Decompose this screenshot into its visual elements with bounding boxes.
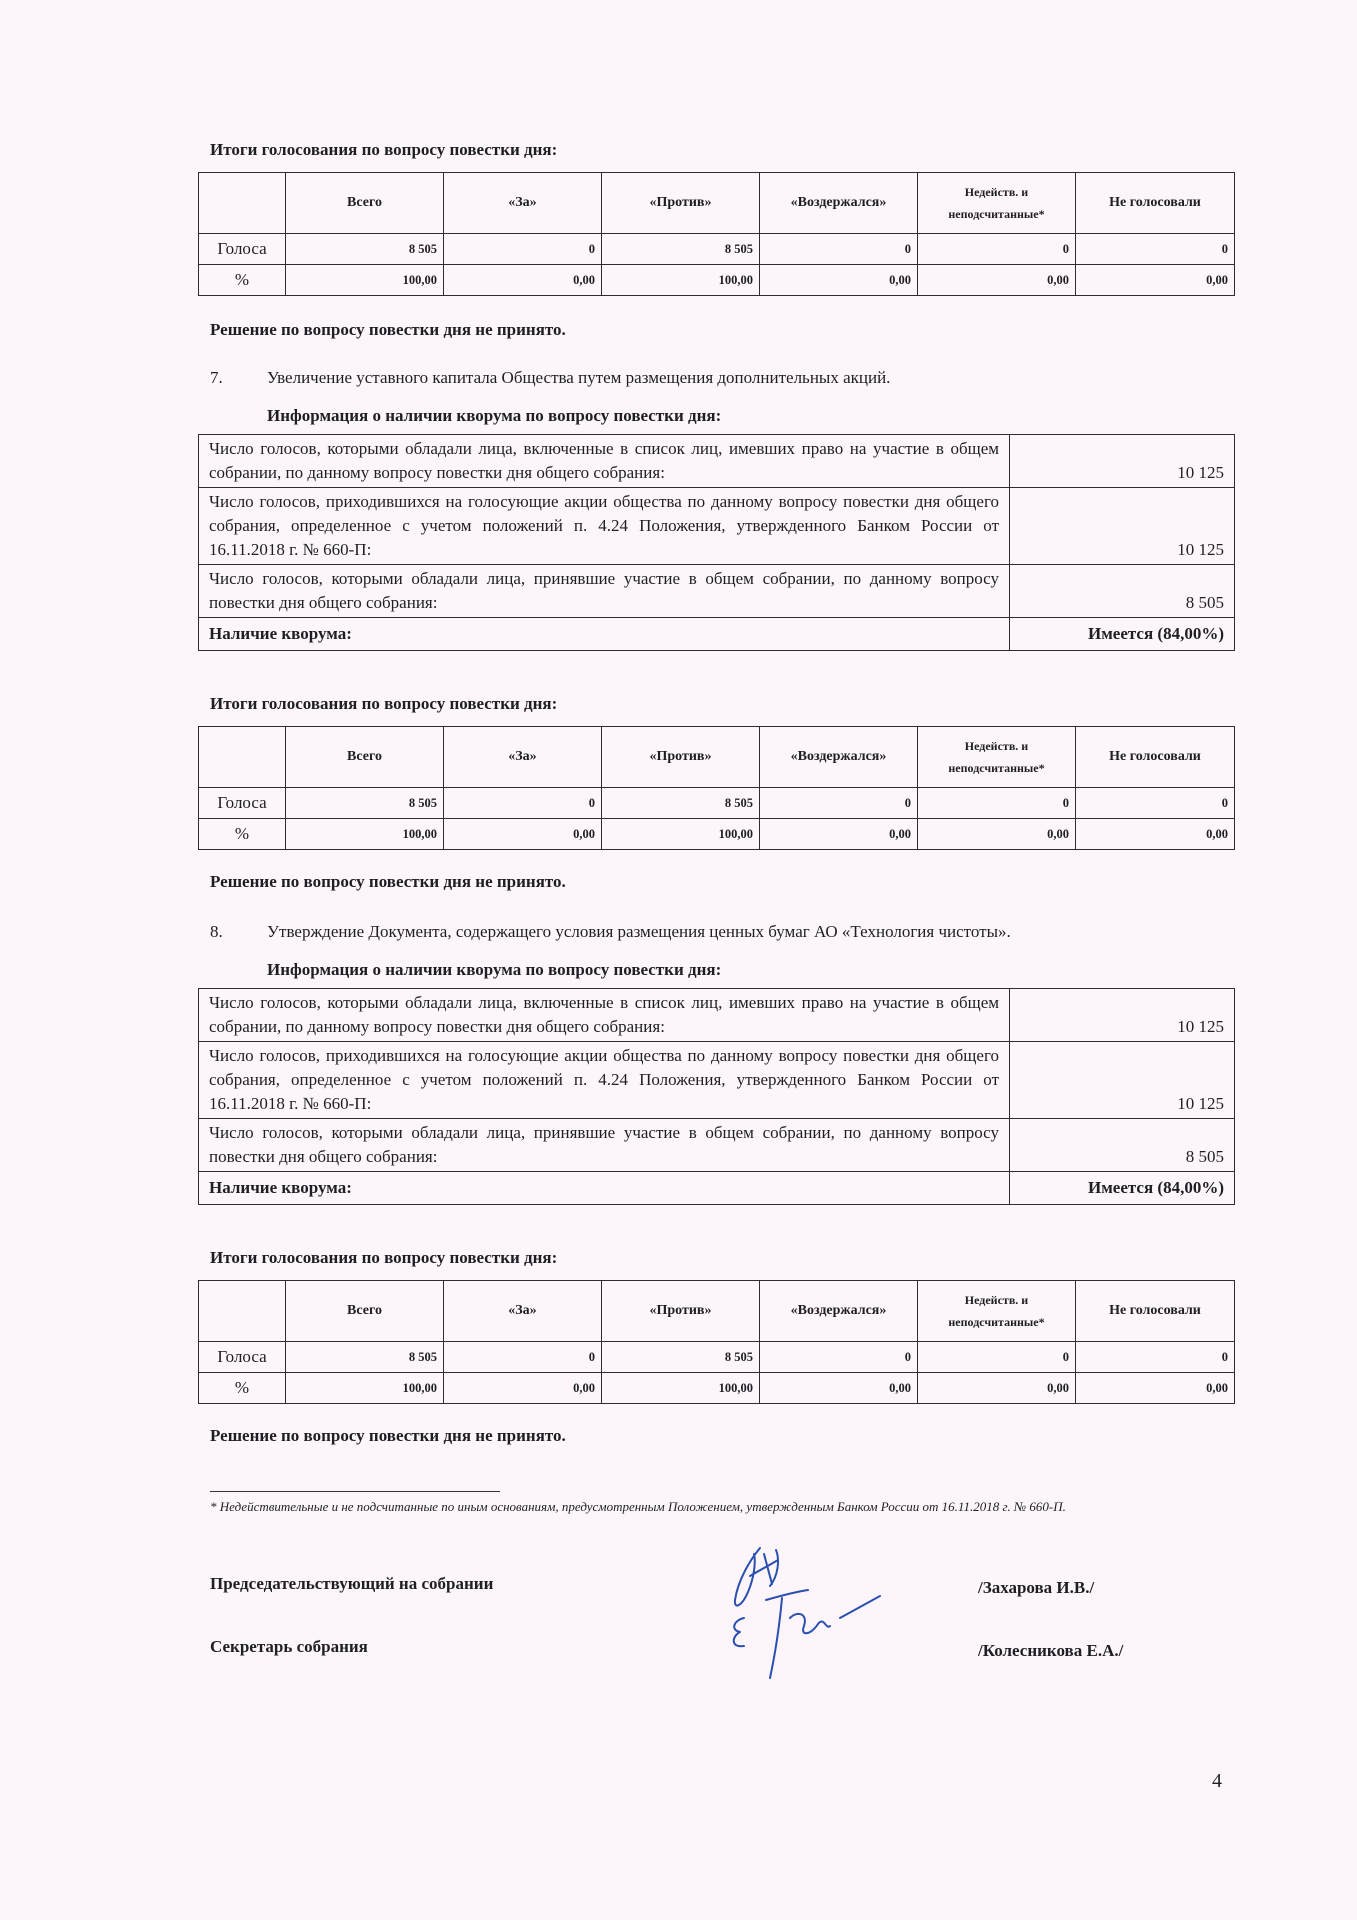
quorum-total-value: Имеется (84,00%) <box>1010 618 1235 651</box>
table-row: Число голосов, которыми обладали лица, в… <box>199 435 1235 488</box>
row-label-percent: % <box>199 1373 286 1404</box>
cell-votes-not-voted: 0 <box>1076 234 1235 265</box>
footnote-divider <box>210 1491 500 1492</box>
quorum-row-text: Число голосов, которыми обладали лица, в… <box>199 989 1010 1042</box>
header-abstain: «Воздержался» <box>760 727 918 788</box>
row-label-votes: Голоса <box>199 788 286 819</box>
cell-votes-against: 8 505 <box>602 234 760 265</box>
table-row: Число голосов, которыми обладали лица, п… <box>199 565 1235 618</box>
cell-votes-not-voted: 0 <box>1076 788 1235 819</box>
chair-label: Председательствующий на собрании <box>210 1574 493 1594</box>
cell-percent-abstain: 0,00 <box>760 1373 918 1404</box>
vote-results-table: Всего «За» «Против» «Воздержался» Недейс… <box>198 726 1235 850</box>
cell-percent-against: 100,00 <box>602 1373 760 1404</box>
row-label-votes: Голоса <box>199 1342 286 1373</box>
header-against: «Против» <box>602 727 760 788</box>
cell-votes-for: 0 <box>444 1342 602 1373</box>
cell-percent-invalid: 0,00 <box>918 819 1076 850</box>
header-against: «Против» <box>602 1281 760 1342</box>
cell-votes-invalid: 0 <box>918 1342 1076 1373</box>
quorum-total-label: Наличие кворума: <box>199 618 1010 651</box>
header-invalid: Недейств. инеподсчитанные* <box>918 173 1076 234</box>
table-header-row: Всего «За» «Против» «Воздержался» Недейс… <box>199 727 1235 788</box>
table-row: Число голосов, приходившихся на голосующ… <box>199 488 1235 565</box>
cell-votes-total: 8 505 <box>286 788 444 819</box>
footnote: * Недействительные и не подсчитанные по … <box>210 1497 1230 1517</box>
cell-votes-total: 8 505 <box>286 1342 444 1373</box>
quorum-row-value: 8 505 <box>1010 1119 1235 1172</box>
table-row: Голоса 8 505 0 8 505 0 0 0 <box>199 788 1235 819</box>
decision-text: Решение по вопросу повестки дня не приня… <box>210 320 566 340</box>
header-invalid-line1: Недейств. и <box>924 181 1069 203</box>
secretary-label: Секретарь собрания <box>210 1637 368 1657</box>
header-invalid: Недейств. инеподсчитанные* <box>918 727 1076 788</box>
header-blank <box>199 173 286 234</box>
header-not-voted: Не голосовали <box>1076 173 1235 234</box>
quorum-table: Число голосов, которыми обладали лица, в… <box>198 988 1235 1205</box>
quorum-row-text: Число голосов, которыми обладали лица, п… <box>199 1119 1010 1172</box>
header-against: «Против» <box>602 173 760 234</box>
cell-percent-against: 100,00 <box>602 819 760 850</box>
cell-percent-for: 0,00 <box>444 1373 602 1404</box>
item-number: 7. <box>210 368 223 388</box>
header-blank <box>199 727 286 788</box>
vote-results-heading: Итоги голосования по вопросу повестки дн… <box>210 140 557 160</box>
table-row: Голоса 8 505 0 8 505 0 0 0 <box>199 1342 1235 1373</box>
header-blank <box>199 1281 286 1342</box>
vote-results-heading: Итоги голосования по вопросу повестки дн… <box>210 1248 557 1268</box>
vote-results-heading: Итоги голосования по вопросу повестки дн… <box>210 694 557 714</box>
quorum-row-text: Число голосов, приходившихся на голосующ… <box>199 488 1010 565</box>
decision-text: Решение по вопросу повестки дня не приня… <box>210 872 566 892</box>
header-abstain: «Воздержался» <box>760 173 918 234</box>
item-title: Утверждение Документа, содержащего услов… <box>267 922 1011 942</box>
cell-percent-invalid: 0,00 <box>918 1373 1076 1404</box>
secretary-name: /Колесникова Е.А./ <box>978 1641 1123 1661</box>
header-for: «За» <box>444 173 602 234</box>
quorum-total-label: Наличие кворума: <box>199 1172 1010 1205</box>
cell-percent-not-voted: 0,00 <box>1076 1373 1235 1404</box>
row-label-percent: % <box>199 265 286 296</box>
cell-percent-total: 100,00 <box>286 819 444 850</box>
cell-votes-abstain: 0 <box>760 1342 918 1373</box>
header-total: Всего <box>286 173 444 234</box>
quorum-total-value: Имеется (84,00%) <box>1010 1172 1235 1205</box>
table-row: Голоса 8 505 0 8 505 0 0 0 <box>199 234 1235 265</box>
cell-votes-against: 8 505 <box>602 1342 760 1373</box>
row-label-votes: Голоса <box>199 234 286 265</box>
header-for: «За» <box>444 1281 602 1342</box>
table-header-row: Всего «За» «Против» «Воздержался» Недейс… <box>199 1281 1235 1342</box>
header-invalid-line1: Недейств. и <box>924 1289 1069 1311</box>
quorum-row-value: 8 505 <box>1010 565 1235 618</box>
cell-percent-abstain: 0,00 <box>760 265 918 296</box>
cell-votes-abstain: 0 <box>760 788 918 819</box>
quorum-heading: Информация о наличии кворума по вопросу … <box>267 960 721 980</box>
quorum-heading: Информация о наличии кворума по вопросу … <box>267 406 721 426</box>
quorum-table: Число голосов, которыми обладали лица, в… <box>198 434 1235 651</box>
header-for: «За» <box>444 727 602 788</box>
table-row: % 100,00 0,00 100,00 0,00 0,00 0,00 <box>199 819 1235 850</box>
item-number: 8. <box>210 922 223 942</box>
quorum-row-value: 10 125 <box>1010 989 1235 1042</box>
table-row: Число голосов, которыми обладали лица, в… <box>199 989 1235 1042</box>
header-not-voted: Не голосовали <box>1076 1281 1235 1342</box>
table-row: % 100,00 0,00 100,00 0,00 0,00 0,00 <box>199 265 1235 296</box>
quorum-row-text: Число голосов, приходившихся на голосующ… <box>199 1042 1010 1119</box>
cell-percent-abstain: 0,00 <box>760 819 918 850</box>
quorum-row-text: Число голосов, которыми обладали лица, в… <box>199 435 1010 488</box>
cell-percent-for: 0,00 <box>444 265 602 296</box>
header-total: Всего <box>286 727 444 788</box>
quorum-row-value: 10 125 <box>1010 1042 1235 1119</box>
table-header-row: Всего «За» «Против» «Воздержался» Недейс… <box>199 173 1235 234</box>
cell-percent-against: 100,00 <box>602 265 760 296</box>
header-total: Всего <box>286 1281 444 1342</box>
cell-votes-invalid: 0 <box>918 788 1076 819</box>
cell-percent-invalid: 0,00 <box>918 265 1076 296</box>
chair-name: /Захарова И.В./ <box>978 1578 1094 1598</box>
quorum-row-value: 10 125 <box>1010 488 1235 565</box>
header-invalid-line2: неподсчитанные* <box>924 203 1069 225</box>
page-number: 4 <box>1212 1770 1222 1793</box>
document-page: Итоги голосования по вопросу повестки дн… <box>0 0 1357 1920</box>
cell-votes-for: 0 <box>444 234 602 265</box>
cell-percent-not-voted: 0,00 <box>1076 819 1235 850</box>
header-invalid-line2: неподсчитанные* <box>924 757 1069 779</box>
table-row: Число голосов, приходившихся на голосующ… <box>199 1042 1235 1119</box>
quorum-total-row: Наличие кворума: Имеется (84,00%) <box>199 618 1235 651</box>
handwritten-signature-icon <box>720 1540 950 1680</box>
cell-percent-total: 100,00 <box>286 1373 444 1404</box>
cell-votes-abstain: 0 <box>760 234 918 265</box>
cell-votes-invalid: 0 <box>918 234 1076 265</box>
cell-votes-not-voted: 0 <box>1076 1342 1235 1373</box>
vote-results-table: Всего «За» «Против» «Воздержался» Недейс… <box>198 1280 1235 1404</box>
vote-results-table: Всего «За» «Против» «Воздержался» Недейс… <box>198 172 1235 296</box>
header-abstain: «Воздержался» <box>760 1281 918 1342</box>
cell-votes-against: 8 505 <box>602 788 760 819</box>
cell-votes-total: 8 505 <box>286 234 444 265</box>
cell-votes-for: 0 <box>444 788 602 819</box>
cell-percent-not-voted: 0,00 <box>1076 265 1235 296</box>
item-title: Увеличение уставного капитала Общества п… <box>267 368 890 388</box>
table-row: Число голосов, которыми обладали лица, п… <box>199 1119 1235 1172</box>
table-row: % 100,00 0,00 100,00 0,00 0,00 0,00 <box>199 1373 1235 1404</box>
cell-percent-for: 0,00 <box>444 819 602 850</box>
quorum-row-text: Число голосов, которыми обладали лица, п… <box>199 565 1010 618</box>
header-invalid-line1: Недейств. и <box>924 735 1069 757</box>
cell-percent-total: 100,00 <box>286 265 444 296</box>
header-invalid-line2: неподсчитанные* <box>924 1311 1069 1333</box>
quorum-row-value: 10 125 <box>1010 435 1235 488</box>
header-not-voted: Не голосовали <box>1076 727 1235 788</box>
header-invalid: Недейств. инеподсчитанные* <box>918 1281 1076 1342</box>
decision-text: Решение по вопросу повестки дня не приня… <box>210 1426 566 1446</box>
quorum-total-row: Наличие кворума: Имеется (84,00%) <box>199 1172 1235 1205</box>
row-label-percent: % <box>199 819 286 850</box>
